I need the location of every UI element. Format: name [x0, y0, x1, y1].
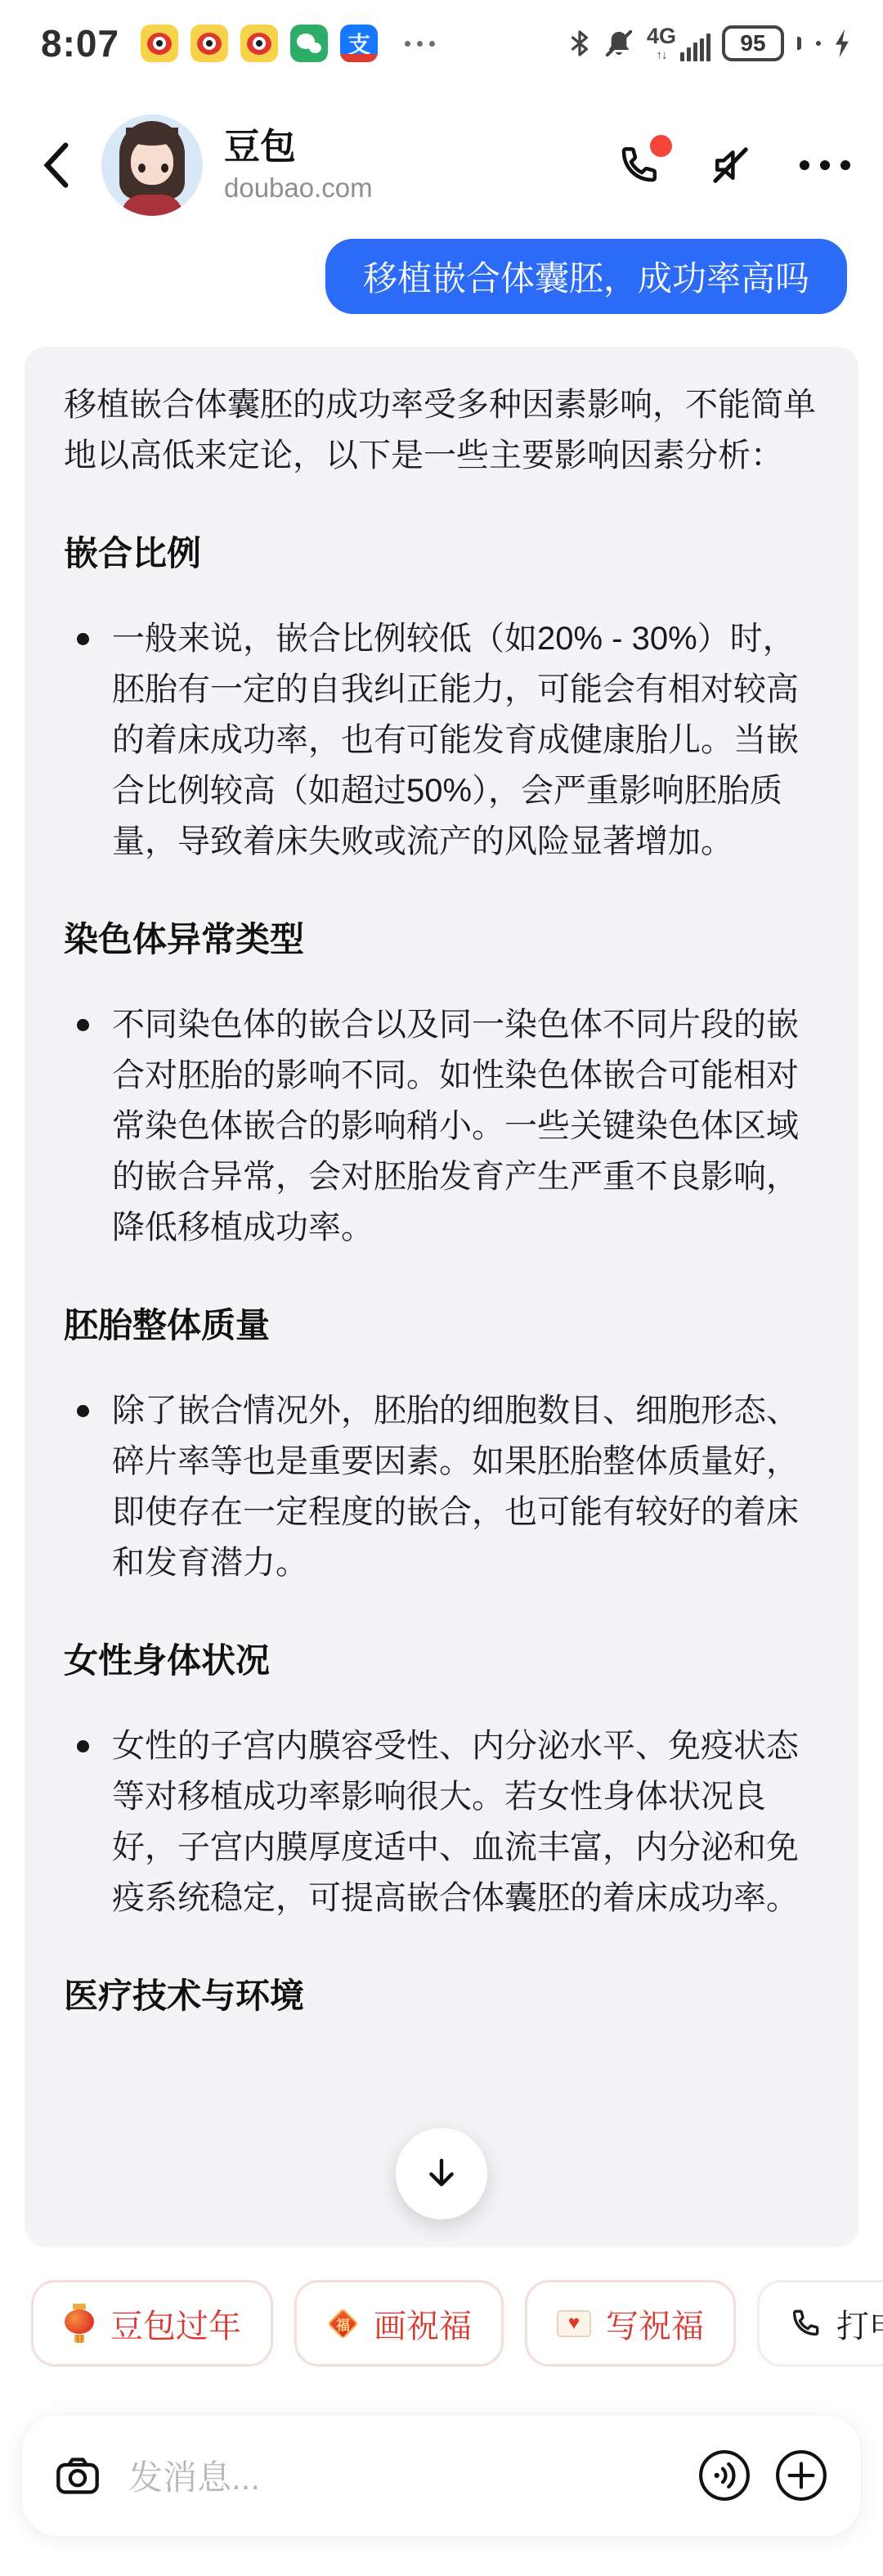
status-system-icons: 4G ↑↓ 95 — [568, 25, 852, 61]
avatar[interactable] — [101, 114, 203, 216]
arrow-down-icon — [423, 2153, 460, 2194]
answer-intro: 移植嵌合体囊胚的成功率受多种因素影响，不能简单地以高低来定论，以下是一些主要影响… — [64, 379, 819, 481]
fu-diamond-icon: 福 — [326, 2307, 359, 2340]
battery-icon: 95 — [722, 25, 784, 61]
bullet-text: 除了嵌合情况外，胚胎的细胞数目、细胞形态、碎片率等也是重要因素。如果胚胎整体质量… — [112, 1385, 819, 1588]
section-heading: 嵌合比例 — [64, 528, 819, 579]
wechat-icon — [290, 25, 328, 62]
weibo-icon — [141, 25, 178, 62]
voice-wave-icon[interactable] — [697, 2448, 751, 2502]
doubao-chat-screen: 8:07 支 4G ↑↓ — [0, 0, 883, 2576]
chip-write-blessing[interactable]: ♥ 写祝福 — [525, 2280, 736, 2367]
section-heading: 女性身体状况 — [64, 1636, 819, 1686]
bullet-item: 一般来说，嵌合比例较低（如20% - 30%）时，胚胎有一定的自我纠正能力，可能… — [64, 613, 819, 867]
lantern-icon — [63, 2304, 96, 2343]
more-notifications-icon — [405, 41, 435, 47]
bullet-text: 女性的子宫内膜容受性、内分泌水平、免疫状态等对移植成功率影响很大。若女性身体状况… — [112, 1721, 819, 1923]
bullet-dot — [77, 633, 89, 645]
status-bar: 8:07 支 4G ↑↓ — [0, 0, 883, 79]
section-heading: 染色体异常类型 — [64, 914, 819, 965]
weibo-eye-glyph — [247, 33, 271, 55]
chip-label: 打电话 — [836, 2300, 883, 2347]
contact-info[interactable]: 豆包 doubao.com — [224, 127, 373, 204]
weibo-icon — [240, 25, 278, 62]
chip-make-call[interactable]: 打电话 — [757, 2280, 883, 2367]
chip-label: 画祝福 — [374, 2300, 472, 2347]
section-heading: 胚胎整体质量 — [64, 1300, 819, 1351]
bullet-item: 女性的子宫内膜容受性、内分泌水平、免疫状态等对移植成功率影响很大。若女性身体状况… — [64, 1721, 819, 1923]
more-menu-button[interactable] — [800, 160, 850, 170]
weibo-eye-glyph — [197, 33, 222, 55]
call-button[interactable] — [616, 143, 661, 187]
mute-button[interactable] — [708, 143, 752, 187]
avatar-fringe — [126, 128, 178, 146]
bell-muted-icon — [603, 27, 635, 60]
notification-app-icons: 支 — [141, 25, 435, 62]
bullet-item: 不同染色体的嵌合以及同一染色体不同片段的嵌合对胚胎的影响不同。如性染色体嵌合可能… — [64, 999, 819, 1253]
love-letter-icon: ♥ — [557, 2310, 591, 2337]
bullet-dot — [77, 1405, 89, 1417]
weibo-icon — [190, 25, 228, 62]
user-message-bubble[interactable]: 移植嵌合体囊胚，成功率高吗 — [325, 239, 847, 314]
camera-icon[interactable] — [55, 2455, 101, 2496]
signal-strength-bars — [680, 34, 710, 61]
scroll-to-bottom-button[interactable] — [396, 2128, 487, 2219]
message-input[interactable]: 发消息... — [128, 2451, 697, 2500]
charging-bolt-icon — [832, 28, 852, 59]
battery-percent: 95 — [740, 30, 765, 56]
alipay-icon: 支 — [340, 25, 378, 62]
network-type-label: 4G — [647, 25, 676, 47]
clock: 8:07 — [41, 21, 119, 65]
signal-bars-icon: 4G ↑↓ — [647, 25, 710, 61]
notification-badge — [650, 135, 672, 157]
header-actions — [616, 143, 850, 187]
chip-label: 豆包过年 — [110, 2300, 241, 2347]
assistant-message-card[interactable]: 移植嵌合体囊胚的成功率受多种因素影响，不能简单地以高低来定论，以下是一些主要影响… — [25, 347, 858, 2247]
contact-name: 豆包 — [224, 127, 373, 168]
composer-actions — [697, 2448, 828, 2502]
plus-icon[interactable] — [774, 2448, 828, 2502]
section-heading: 医疗技术与环境 — [64, 1971, 819, 2022]
separator-dot — [816, 41, 821, 46]
back-button[interactable] — [39, 141, 74, 190]
bullet-dot — [77, 1019, 89, 1031]
chip-doubao-new-year[interactable]: 豆包过年 — [31, 2280, 273, 2367]
chat-header: 豆包 doubao.com — [0, 96, 883, 234]
weibo-eye-glyph — [147, 33, 172, 55]
message-composer: 发消息... — [21, 2414, 862, 2537]
avatar-shirt — [121, 195, 183, 216]
quick-actions-row: 豆包过年 福 画祝福 ♥ 写祝福 打电话 — [0, 2280, 883, 2367]
bullet-item: 除了嵌合情况外，胚胎的细胞数目、细胞形态、碎片率等也是重要因素。如果胚胎整体质量… — [64, 1385, 819, 1588]
bullet-text: 不同染色体的嵌合以及同一染色体不同片段的嵌合对胚胎的影响不同。如性染色体嵌合可能… — [112, 999, 819, 1253]
battery-nub — [797, 37, 801, 50]
chip-draw-blessing[interactable]: 福 画祝福 — [294, 2280, 504, 2367]
bullet-dot — [77, 1740, 89, 1752]
avatar-face — [131, 139, 173, 185]
chip-label: 写祝福 — [606, 2300, 704, 2347]
bluetooth-icon — [568, 29, 591, 58]
data-arrows-icon: ↑↓ — [656, 49, 666, 61]
contact-domain: doubao.com — [224, 173, 373, 204]
bullet-text: 一般来说，嵌合比例较低（如20% - 30%）时，胚胎有一定的自我纠正能力，可能… — [112, 613, 819, 867]
phone-icon — [789, 2307, 822, 2340]
speaker-muted-icon — [708, 143, 752, 187]
